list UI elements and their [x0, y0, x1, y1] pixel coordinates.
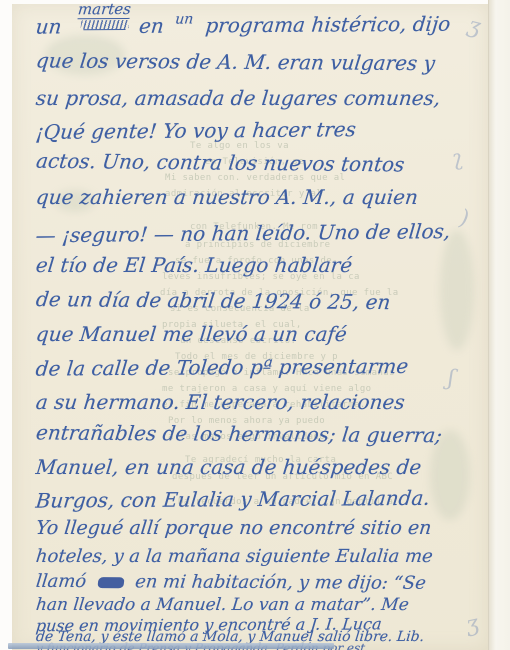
inserted-word: martes — [77, 0, 132, 19]
handwritten-line: su prosa, amasada de lugares comunes, — [35, 86, 490, 110]
handwritten-line: entrañables de los hermanos; la guerra; — [35, 420, 489, 447]
handwritten-word: en — [138, 14, 165, 38]
handwritten-text: en mi habitación, y me dijo: “Se — [134, 571, 427, 594]
crossed-out-word: martes — [74, 13, 128, 33]
page-edge-shadow — [8, 643, 334, 649]
handwritten-line: hoteles, y a la mañana siguiente Eulalia… — [35, 546, 489, 567]
handwritten-line: de un día de abril de 1924 ó 25, en — [35, 287, 489, 315]
ink-blot — [97, 577, 124, 588]
handwritten-text: programa histérico, dijo — [204, 12, 451, 38]
handwritten-line: que zahieren a nuestro A. M., a quien — [35, 185, 490, 209]
handwritten-line: Burgos, con Eulalia y Marcial Lalanda. — [35, 485, 490, 512]
scribble-strike — [80, 20, 129, 29]
scan-edge-band — [488, 0, 510, 650]
handwritten-line: de la calle de Toledo pª presentarme — [35, 353, 490, 380]
handwritten-line: Manuel, en una casa de huéspedes de — [35, 455, 490, 479]
handwritten-line: el tío de El País. Luego hablaré — [35, 253, 490, 277]
handwritten-line: actos. Uno, contra los nuevos tontos — [35, 149, 489, 178]
inserted-word: un — [175, 11, 195, 27]
handwritten-word: llamó — [35, 571, 87, 592]
handwritten-line: ¡Qué gente! Yo voy a hacer tres — [35, 116, 490, 144]
handwritten-line: un martes en un programa histérico, dijo — [35, 10, 490, 38]
handwritten-line: llamó en mi habitación, y me dijo: “Se — [35, 571, 489, 594]
handwritten-line: que Manuel me llevó a un café — [35, 322, 490, 346]
handwritten-line: Yo llegué allí porque no encontré sitio … — [35, 517, 489, 539]
handwritten-word: un — [35, 14, 63, 38]
handwritten-line: a su hermano. El tercero, relaciones — [35, 390, 490, 414]
handwritten-line: han llevado a Manuel. Lo van a matar”. M… — [35, 595, 489, 615]
handwritten-line: — ¡seguro! — no han leído. Uno de ellos, — [35, 219, 490, 248]
handwritten-line: que los versos de A. M. eran vulgares y — [35, 48, 489, 75]
